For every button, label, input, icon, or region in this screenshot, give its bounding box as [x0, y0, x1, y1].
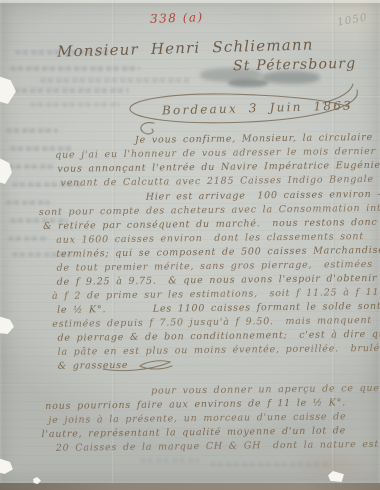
letter-line: & retirée par conséquent du marché. nous…: [43, 217, 378, 232]
letter-line: la pâte en est plus ou moins éventée, po…: [58, 343, 380, 358]
letter-line: aux 1600 caisses environ dont les classe…: [56, 231, 364, 246]
letter-line: & grasseuse: [58, 360, 129, 372]
letter-line: l'autre, représentant la qualité moyenne…: [42, 425, 347, 440]
letter-line: vous annonçant l'entrée du Navire Impéra…: [57, 160, 380, 175]
letter-line: Je vous confirme, Monsieur, la circulair…: [135, 132, 373, 146]
letter-line: Hier est arrivage 100 caisses environ —: [146, 189, 380, 203]
letter-line: je joins à la présente, un morceau d'une…: [48, 411, 346, 426]
letter-page: 338 (a) 1050 Monsieur Henri Schliemann S…: [0, 0, 380, 483]
letter-body: Je vous confirme, Monsieur, la circulair…: [0, 0, 380, 483]
letter-line: sont pour compte des acheteurs avec la C…: [39, 202, 380, 218]
letter-line: à f 2 de prime sur les estimations, soit…: [52, 287, 380, 302]
letter-line: que j'ai eu l'honneur de vous adresser l…: [55, 146, 376, 161]
letter-line: nous pourrions faire aux environs de f 1…: [45, 397, 346, 412]
letter-line: pour vous donner un aperçu de ce que: [151, 383, 380, 397]
letter-line: estimées depuis f 7.50 jusqu'à f 9.50. m…: [52, 315, 372, 330]
letter-line: 20 Caisses de la marque CH & GH dont la …: [56, 439, 379, 454]
letter-line: le ½ K°. Les 1100 caisses formant le sol…: [57, 301, 380, 316]
letter-line: de f 9.25 à 9.75. & que nous avons l'esp…: [57, 273, 378, 288]
letter-line: de pierrage & de bon conditionnement; c'…: [57, 329, 380, 344]
letter-line: de tout premier mérite, sans gros pierra…: [57, 259, 373, 274]
letter-line: terminés; qui se composent de 500 caisse…: [56, 245, 380, 260]
letter-line: venant de Calcutta avec 2185 Caisses Ind…: [60, 174, 373, 189]
scan-backdrop: 338 (a) 1050 Monsieur Henri Schliemann S…: [0, 0, 380, 490]
